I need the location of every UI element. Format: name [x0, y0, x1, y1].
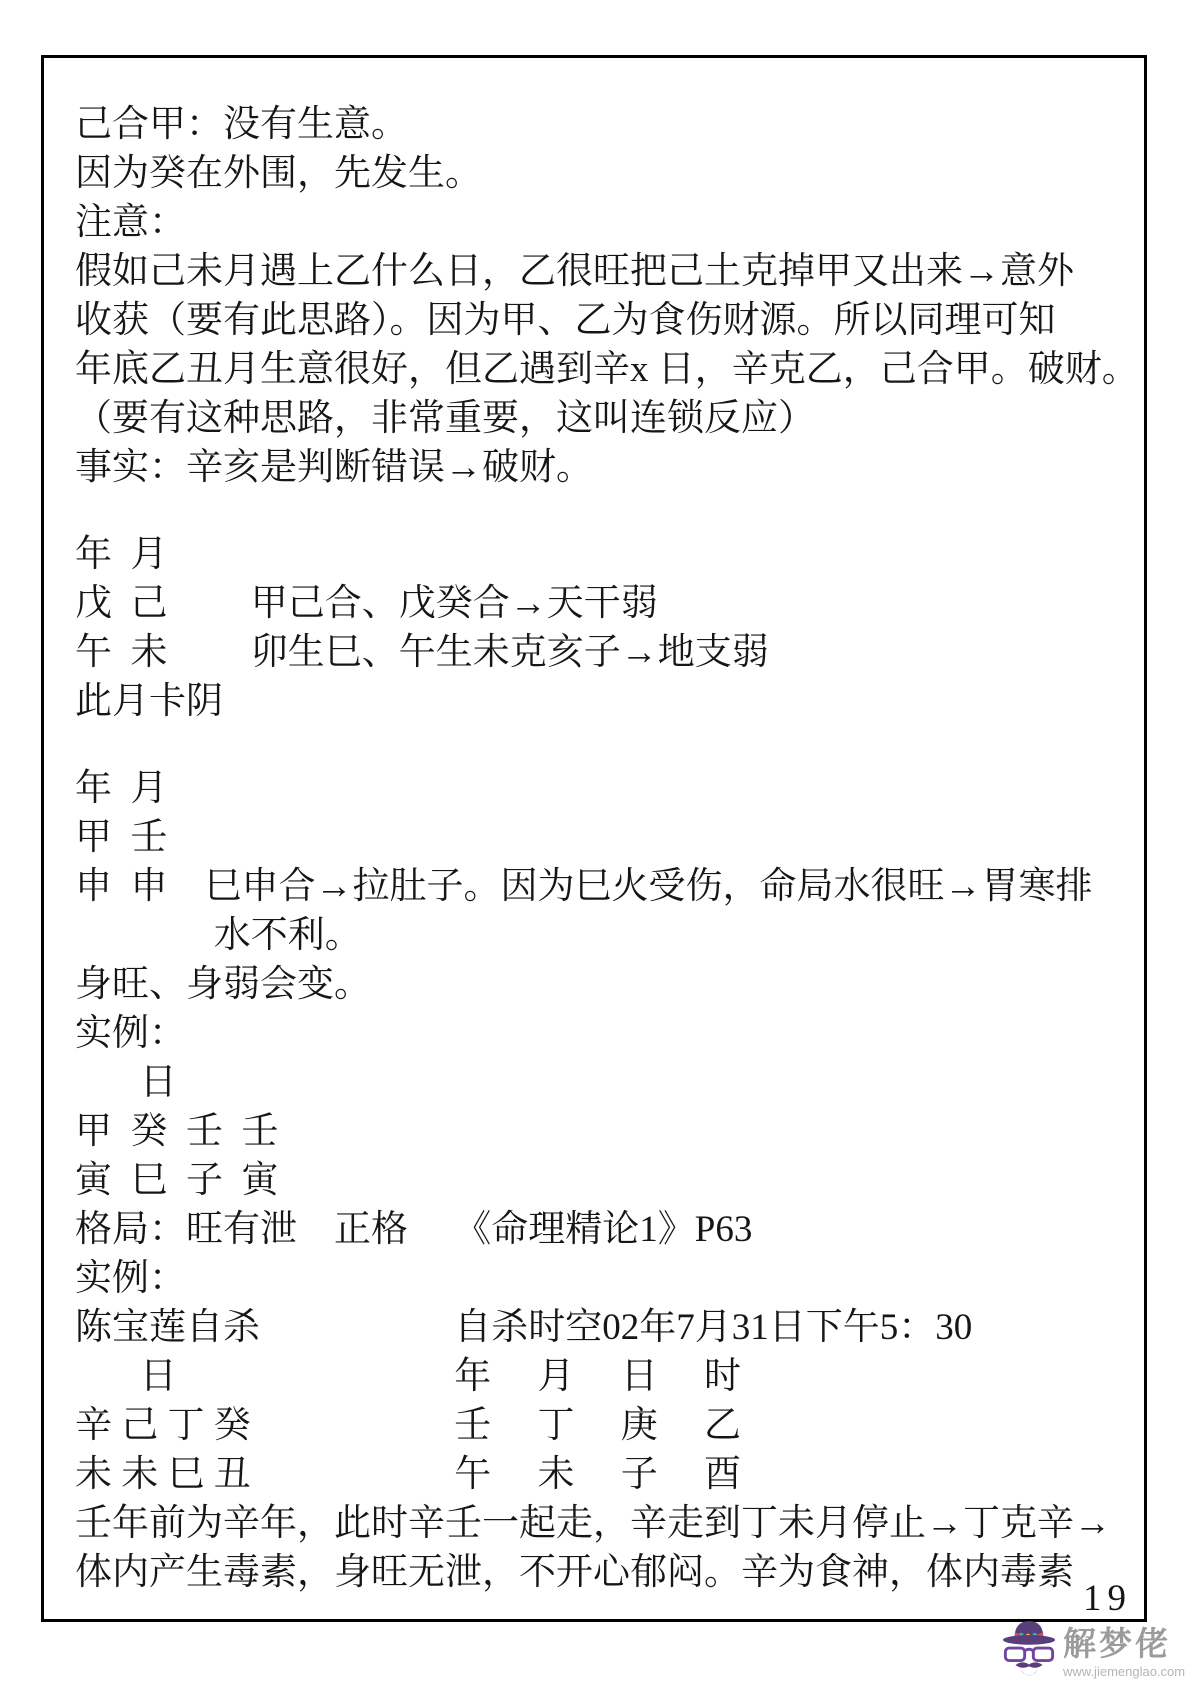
watermark-brand: 解梦佬 — [1063, 1628, 1185, 1662]
page-border-frame: 己合甲：没有生意。因为癸在外围，先发生。注意：假如己未月遇上乙什么日，乙很旺把己… — [41, 55, 1147, 1622]
text-line: 格局：旺有泄 正格 《命理精论1》P63 — [75, 1205, 1140, 1254]
document-page: 己合甲：没有生意。因为癸在外围，先发生。注意：假如己未月遇上乙什么日，乙很旺把己… — [0, 0, 1188, 1684]
text-line: 注意： — [75, 198, 1140, 247]
text-line: 日 年 月 日 时 — [75, 1352, 1140, 1401]
text-line: 实例： — [75, 1009, 1140, 1058]
text-line: 年 月 — [75, 764, 1140, 813]
text-line: 壬年前为辛年，此时辛壬一起走，辛走到丁未月停止→丁克辛→ — [75, 1499, 1140, 1548]
text-body: 己合甲：没有生意。因为癸在外围，先发生。注意：假如己未月遇上乙什么日，乙很旺把己… — [44, 58, 1144, 1597]
text-line: 实例： — [75, 1254, 1140, 1303]
text-line: 身旺、身弱会变。 — [75, 960, 1140, 1009]
text-line: 己合甲：没有生意。 — [75, 100, 1140, 149]
text-line: 戊 己 甲己合、戊癸合→天干弱 — [75, 579, 1140, 628]
page-number: 19 — [1083, 1580, 1132, 1617]
text-line: 事实：辛亥是判断错误→破财。 — [75, 443, 1140, 492]
text-line: 水不利。 — [75, 911, 1140, 960]
text-line: 甲 癸 壬 壬 — [75, 1107, 1140, 1156]
text-line: 未 未 巳 丑 午 未 子 酉 — [75, 1450, 1140, 1499]
text-line: 假如己未月遇上乙什么日，乙很旺把己土克掉甲又出来→意外 — [75, 247, 1140, 296]
text-line: 甲 壬 — [75, 813, 1140, 862]
text-line: 陈宝莲自杀 自杀时空02年7月31日下午5：30 — [75, 1303, 1140, 1352]
jiemenglao-logo-icon — [1002, 1618, 1056, 1682]
text-line: 辛 己 丁 癸 壬 丁 庚 乙 — [75, 1401, 1140, 1450]
text-line: 年底乙丑月生意很好，但乙遇到辛x 日，辛克乙，己合甲。破财。 — [75, 345, 1140, 394]
text-line: 因为癸在外围，先发生。 — [75, 149, 1140, 198]
text-line: 日 — [75, 1058, 1140, 1107]
text-line: 申 申 巳申合→拉肚子。因为巳火受伤，命局水很旺→胃寒排 — [75, 862, 1140, 911]
text-line: 此月卡阴 — [75, 677, 1140, 726]
watermark-text: 解梦佬 www.jiemenglao.com — [1063, 1618, 1185, 1679]
text-line: 午 未 卯生巳、午生未克亥子→地支弱 — [75, 628, 1140, 677]
text-line: （要有这种思路，非常重要，这叫连锁反应） — [75, 394, 1140, 443]
text-line: 体内产生毒素，身旺无泄，不开心郁闷。辛为食神，体内毒素 — [75, 1548, 1140, 1597]
text-line: 收获（要有此思路）。因为甲、乙为食伤财源。所以同理可知 — [75, 296, 1140, 345]
text-line: 年 月 — [75, 530, 1140, 579]
text-line: 寅 巳 子 寅 — [75, 1156, 1140, 1205]
watermark: 解梦佬 www.jiemenglao.com — [1002, 1618, 1185, 1682]
watermark-url: www.jiemenglao.com — [1063, 1665, 1185, 1679]
